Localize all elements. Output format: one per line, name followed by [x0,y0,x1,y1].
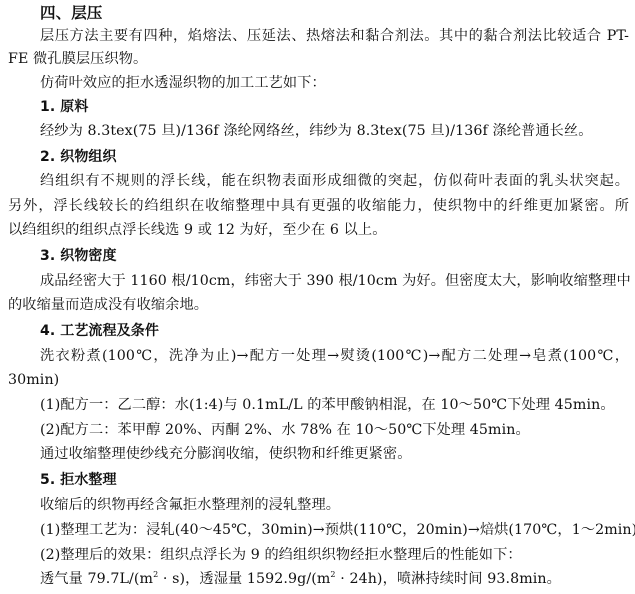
air-permeability-unit: · s)， [158,571,199,587]
heading-fabric-density: 3. 织物密度 [40,245,629,268]
spray-duration-value: 93.8min。 [487,571,561,587]
water-repellent-intro: 收缩后的织物再经含氟拒水整理剂的浸轧整理。 [40,494,629,517]
fabric-weave-line-2: 另外，浮长线较长的绉组织在收缩整理中具有更强的收缩能力，使织物中的纤维更加紧密。… [8,195,629,218]
moisture-permeability-unit: · 24h)， [336,571,397,587]
spray-duration-label: 喷淋持续时间 [397,571,487,587]
fabric-weave-line-3: 以绉组织的组织点浮长线选 9 或 12 为好，至少在 6 以上。 [8,219,629,242]
heading-fabric-weave: 2. 织物组织 [40,146,629,169]
performance-results: 透气量 79.7L/(m2 · s)，透湿量 1592.9g/(m2 · 24h… [40,568,629,591]
fabric-density-line-2: 的收缩量而造成没有收缩余地。 [8,294,629,317]
document-page: 四、层压 层压方法主要有四种，焰熔法、压延法、热熔法和黏合剂法。其中的黏合剂法比… [0,0,635,594]
fabric-weave-line-1: 绉组织有不规则的浮长线，能在织物表面形成细微的突起，仿似荷叶表面的乳头状突起。 [40,170,629,193]
shrink-finish-note: 通过收缩整理使纱线充分膨润收缩，使织物和纤维更紧密。 [40,443,629,466]
air-permeability-label: 透气量 [40,571,87,587]
formula-two: (2)配方二：苯甲醇 20%、丙酮 2%、水 78% 在 10～50℃下处理 4… [40,419,629,442]
heading-process-flow: 4. 工艺流程及条件 [40,320,629,343]
fabric-density-line-1: 成品经密大于 1160 根/10cm，纬密大于 390 根/10cm 为好。但密… [40,270,629,293]
air-permeability-value: 79.7L/(m [87,571,153,587]
formula-one: (1)配方一：乙二醇：水(1:4)与 0.1mL/L 的苯甲酸钠相混，在 10～… [40,394,629,417]
finish-process: (1)整理工艺为：浸轧(40～45℃，30min)→预烘(110℃，20min)… [40,519,629,542]
moisture-permeability-value: 1592.9g/(m [247,571,331,587]
process-flow-line-1: 洗衣粉煮(100℃，洗净为止)→配方一处理→熨烫(100℃)→配方二处理→皂煮(… [40,345,629,368]
intro-paragraph-line-2: FE 微孔膜层压织物。 [8,48,629,71]
lead-paragraph: 仿荷叶效应的拒水透湿织物的加工工艺如下： [40,72,629,95]
heading-water-repellent: 5. 拒水整理 [40,469,629,492]
heading-raw-material: 1. 原料 [40,96,629,119]
raw-material-text: 经纱为 8.3tex(75 旦)/136f 涤纶网络丝，纬纱为 8.3tex(7… [40,120,629,143]
intro-paragraph-line-1: 层压方法主要有四种，焰熔法、压延法、热熔法和黏合剂法。其中的黏合剂法比较适合 P… [40,25,629,48]
process-flow-line-2: 30min) [8,369,629,392]
moisture-permeability-label: 透湿量 [199,571,246,587]
finish-effect: (2)整理后的效果：组织点浮长为 9 的绉组织织物经拒水整理后的性能如下： [40,544,629,567]
section-title: 四、层压 [40,2,629,25]
